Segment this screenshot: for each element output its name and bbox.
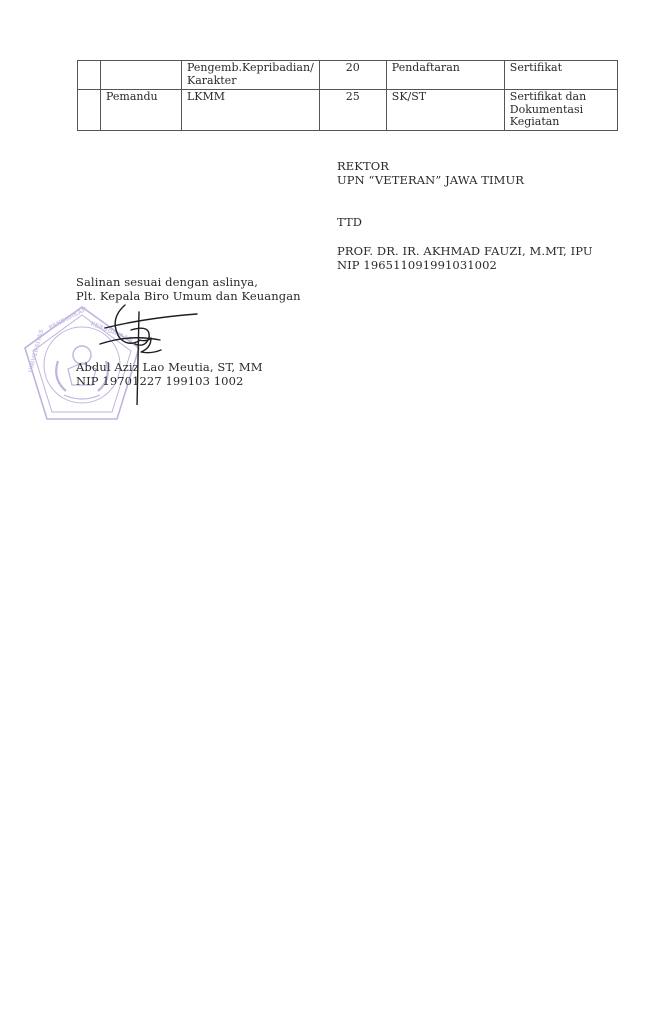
table-row: Pengemb.Kepribadian/ Karakter 20 Pendaft… (78, 61, 618, 90)
copy-statement: Salinan sesuai dengan aslinya, (76, 276, 258, 289)
rector-title: REKTOR (337, 160, 389, 173)
table-cell-evidence-1: SK/ST (386, 90, 504, 131)
table-row: Pemandu LKMM 25 SK/ST Sertifikat dan Dok… (78, 90, 618, 131)
activity-table: Pengemb.Kepribadian/ Karakter 20 Pendaft… (77, 60, 618, 131)
table-cell-role: Pemandu (101, 90, 182, 131)
table-cell-no (78, 61, 101, 90)
table-cell-activity: Pengemb.Kepribadian/ Karakter (182, 61, 320, 90)
table-cell-points: 20 (319, 61, 386, 90)
handwritten-signature-icon (95, 300, 205, 405)
copy-official-nip: NIP 19701227 199103 1002 (76, 375, 243, 388)
table-cell-evidence-2: Sertifikat (504, 61, 617, 90)
svg-text:UNIVERSITAS: UNIVERSITAS (27, 329, 45, 374)
table-cell-evidence-2: Sertifikat dan Dokumentasi Kegiatan (504, 90, 617, 131)
signature-note: TTD (337, 216, 362, 229)
copy-official-title: Plt. Kepala Biro Umum dan Keuangan (76, 290, 301, 303)
svg-text:PENDIDIKAN: PENDIDIKAN (48, 306, 89, 332)
copy-official-name: Abdul Aziz Lao Meutia, ST, MM (76, 361, 263, 374)
institution-name: UPN “VETERAN” JAWA TIMUR (337, 174, 524, 187)
rector-nip: NIP 196511091991031002 (337, 259, 497, 272)
table-cell-points: 25 (319, 90, 386, 131)
table-cell-no (78, 90, 101, 131)
table-cell-evidence-1: Pendaftaran (386, 61, 504, 90)
table-cell-role (101, 61, 182, 90)
table-cell-activity: LKMM (182, 90, 320, 131)
rector-name: PROF. DR. IR. AKHMAD FAUZI, M.MT, IPU (337, 245, 593, 258)
